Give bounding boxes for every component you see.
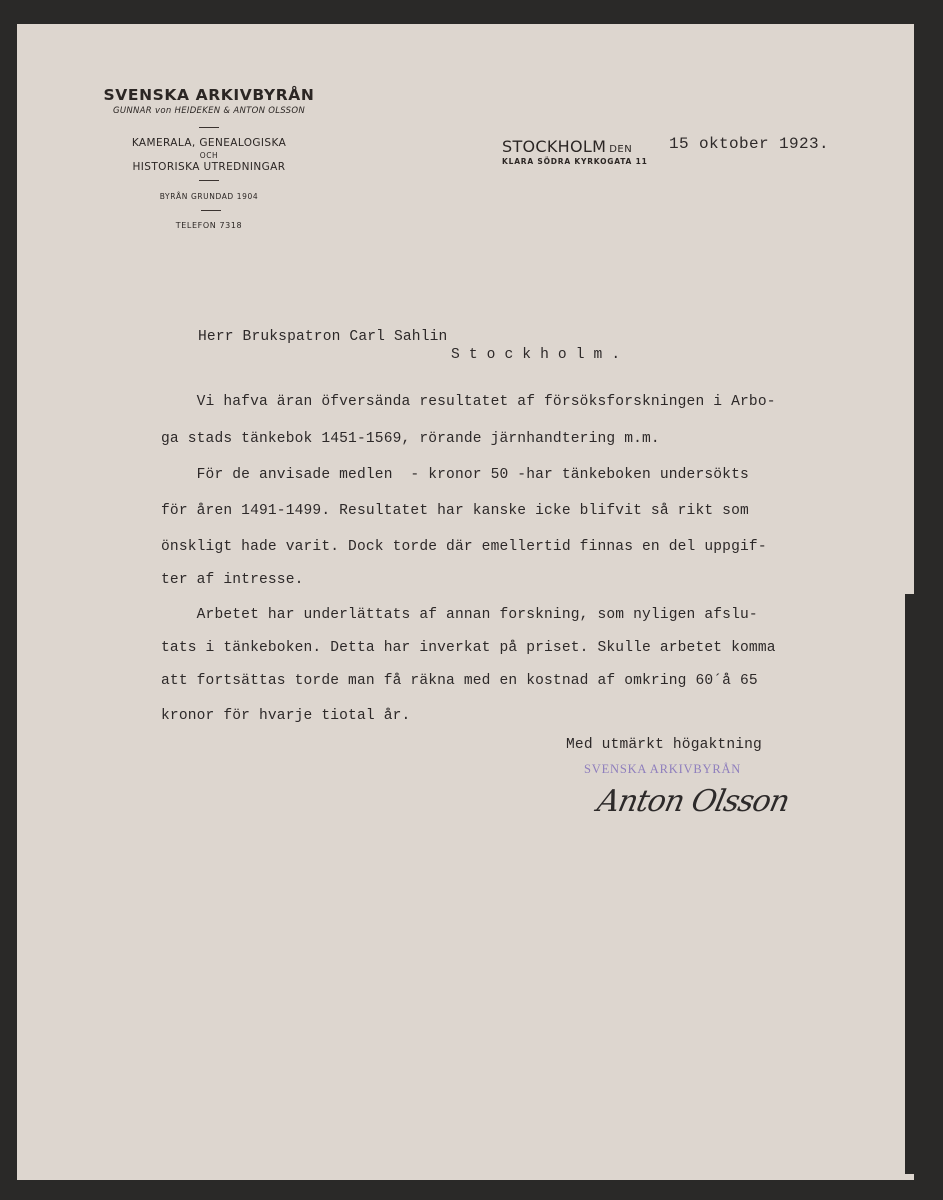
body-line: för åren 1491-1499. Resultatet har kansk… — [161, 503, 749, 519]
body-line: önskligt hade varit. Dock torde där emel… — [161, 539, 767, 555]
letterhead-proprietors: GUNNAR von HEIDEKEN & ANTON OLSSON — [86, 106, 332, 116]
body-line: kronor för hvarje tiotal år. — [161, 708, 410, 724]
letterhead-divider — [199, 180, 219, 181]
body-line: tats i tänkeboken. Detta har inverkat på… — [161, 640, 776, 656]
city-name: STOCKHOLM — [502, 137, 606, 156]
recipient-city: S t o c k h o l m . — [451, 347, 620, 363]
letterhead-city: STOCKHOLMDEN — [502, 137, 632, 156]
letter-date: 15 oktober 1923. — [669, 135, 829, 153]
letterhead-och: OCH — [86, 151, 332, 160]
body-line: Vi hafva äran öfversända resultatet af f… — [161, 394, 776, 410]
letterhead-company: SVENSKA ARKIVBYRÅN — [86, 86, 332, 104]
signature: Anton Olsson — [594, 784, 792, 819]
letterhead-divider — [199, 127, 219, 128]
recipient-name: Herr Brukspatron Carl Sahlin — [198, 329, 447, 345]
body-line: Arbetet har underlättats af annan forskn… — [161, 607, 758, 623]
body-line: För de anvisade medlen - kronor 50 -har … — [161, 467, 749, 483]
closing-line: Med utmärkt högaktning — [566, 737, 762, 753]
body-line: ter af intresse. — [161, 572, 304, 588]
body-line: att fortsättas torde man få räkna med en… — [161, 673, 758, 689]
letterhead-phone: TELEFON 7318 — [86, 221, 332, 230]
letterhead-services-2: HISTORISKA UTREDNINGAR — [86, 161, 332, 173]
letterhead-divider — [201, 210, 221, 211]
body-line: ga stads tänkebok 1451-1569, rörande jär… — [161, 431, 660, 447]
letterhead-founded: BYRÅN GRUNDAD 1904 — [86, 192, 332, 201]
company-stamp: SVENSKA ARKIVBYRÅN — [584, 762, 741, 777]
page-edge-shadow — [905, 594, 919, 1174]
den-label: DEN — [609, 144, 632, 155]
letterhead-services-1: KAMERALA, GENEALOGISKA — [86, 137, 332, 149]
letterhead-address: KLARA SÖDRA KYRKOGATA 11 — [502, 157, 648, 166]
